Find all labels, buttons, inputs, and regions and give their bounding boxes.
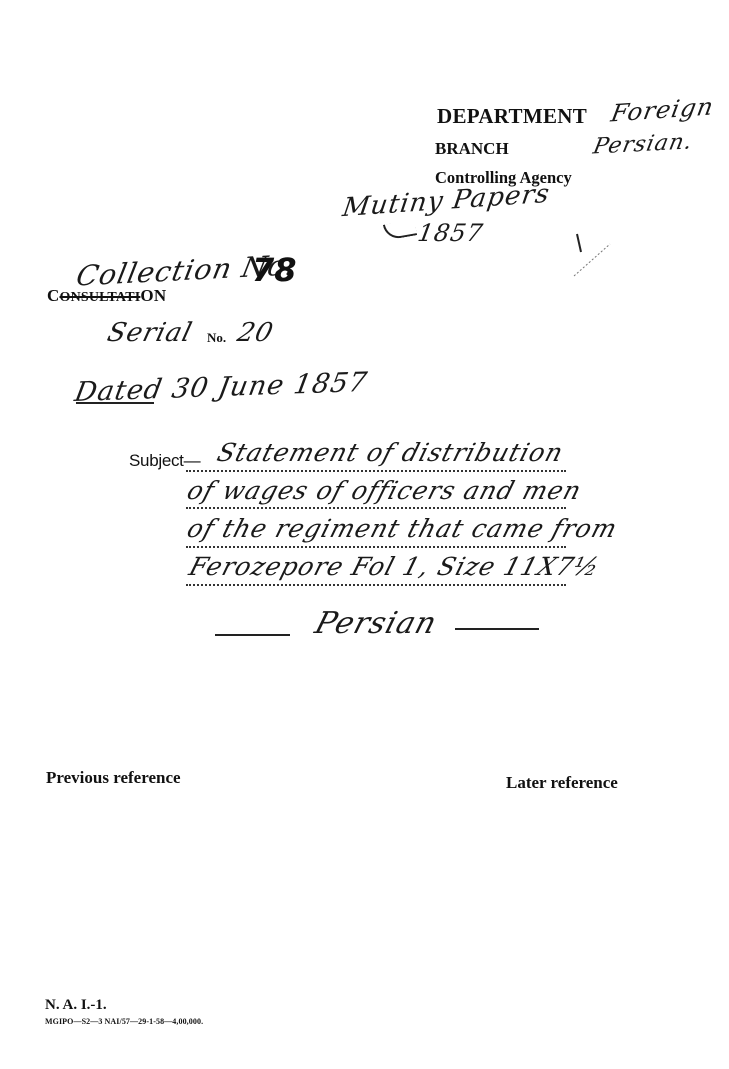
branch-label: BRANCH xyxy=(435,139,509,159)
subject-label: Subject— xyxy=(129,451,200,471)
controlling-agency-value-line2: 1857 xyxy=(416,219,486,247)
language-handwritten: Persian xyxy=(311,606,441,641)
collection-number: 78 xyxy=(252,251,297,289)
consultation-struck-text: ONSULTATI xyxy=(59,290,140,305)
branch-value-handwritten: Persian. xyxy=(591,129,695,159)
language-dash-left xyxy=(215,634,290,636)
subject-dotted-line-1 xyxy=(186,470,566,472)
printer-imprint: MGIPO—S2—3 NAI/57—29-1-58—4,00,000. xyxy=(45,1017,203,1026)
date-underline xyxy=(76,402,154,404)
subject-dotted-line-2 xyxy=(186,507,566,509)
department-label: DEPARTMENT xyxy=(437,104,587,129)
form-id: N. A. I.-1. xyxy=(45,997,107,1014)
subject-dotted-line-4 xyxy=(186,584,566,586)
controlling-agency-value-line1: Mutiny Papers xyxy=(341,179,552,223)
checkmark-icon xyxy=(572,232,612,277)
agency-underline-swoosh xyxy=(383,219,417,240)
serial-no-label: No. xyxy=(207,330,226,346)
consultation-first-letter: C xyxy=(47,286,59,305)
previous-reference-label: Previous reference xyxy=(46,768,181,788)
serial-handwritten: Serial xyxy=(104,318,195,348)
subject-line-4: Ferozepore Fol 1, Size 11X7½ xyxy=(186,552,603,581)
subject-line-2: of wages of officers and men xyxy=(184,476,585,505)
consultation-last-letters: ON xyxy=(140,286,166,305)
subject-line-3: of the regiment that came from xyxy=(184,514,621,543)
department-value-handwritten: Foreign xyxy=(609,93,716,128)
subject-line-1: Statement of distribution xyxy=(214,438,567,467)
serial-number-value: 20 xyxy=(234,318,277,348)
subject-dotted-line-3 xyxy=(186,546,566,548)
language-dash-right xyxy=(455,628,539,630)
consultation-label: CONSULTATION xyxy=(47,286,166,306)
later-reference-label: Later reference xyxy=(506,773,618,793)
